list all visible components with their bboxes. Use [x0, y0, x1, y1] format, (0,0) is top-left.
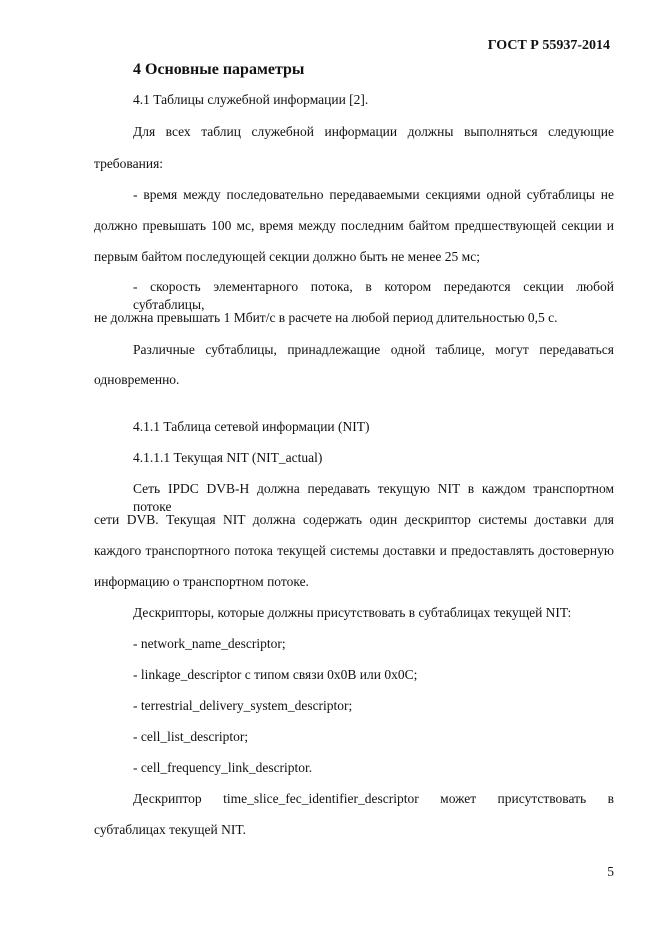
paragraph-line: одновременно. — [94, 371, 614, 389]
subsection-4-1-1-1: 4.1.1.1 Текущая NIT (NIT_actual) — [133, 449, 614, 467]
list-item: - terrestrial_delivery_system_descriptor… — [133, 697, 614, 715]
paragraph-line: Дескриптор time_slice_fec_identifier_des… — [133, 790, 614, 808]
paragraph-line: Дескрипторы, которые должны присутствова… — [133, 604, 614, 622]
paragraph-line: первым байтом последующей секции должно … — [94, 248, 614, 266]
document-page: ГОСТ Р 55937-2014 4 Основные параметры 4… — [0, 0, 661, 935]
paragraph-line: - время между последовательно передаваем… — [133, 186, 614, 204]
paragraph-line: субтаблицах текущей NIT. — [94, 821, 614, 839]
list-item: - linkage_descriptor с типом связи 0x0B … — [133, 666, 614, 684]
page-number: 5 — [607, 864, 614, 880]
paragraph-line: должно превышать 100 мс, время между пос… — [94, 217, 614, 235]
list-item: - cell_list_descriptor; — [133, 728, 614, 746]
list-item: - network_name_descriptor; — [133, 635, 614, 653]
paragraph-line: сети DVB. Текущая NIT должна содержать о… — [94, 511, 614, 529]
paragraph-line: информацию о транспортном потоке. — [94, 573, 614, 591]
document-header-id: ГОСТ Р 55937-2014 — [488, 38, 610, 54]
section-heading: 4 Основные параметры — [133, 61, 653, 79]
paragraph-line: Для всех таблиц служебной информации дол… — [133, 123, 614, 141]
paragraph-line: не должна превышать 1 Мбит/с в расчете н… — [94, 309, 614, 327]
paragraph-line: Различные субтаблицы, принадлежащие одно… — [133, 341, 614, 359]
subsection-4-1: 4.1 Таблицы служебной информации [2]. — [133, 91, 614, 109]
paragraph-line: требования: — [94, 155, 614, 173]
paragraph-line: каждого транспортного потока текущей сис… — [94, 542, 614, 560]
subsection-4-1-1: 4.1.1 Таблица сетевой информации (NIT) — [133, 418, 614, 436]
list-item: - cell_frequency_link_descriptor. — [133, 759, 614, 777]
